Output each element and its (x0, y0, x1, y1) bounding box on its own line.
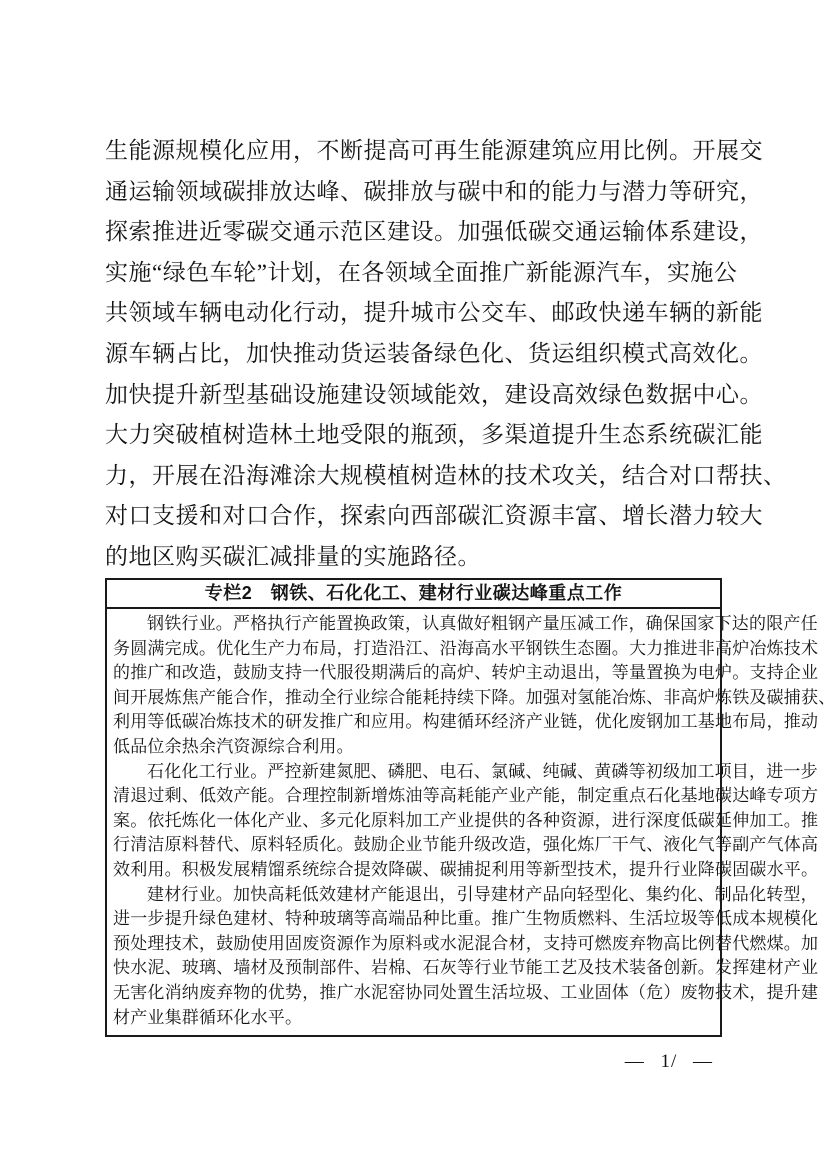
text-line: 间开展炼焦产能合作，推动全行业综合能耗持续下降。加强对氢能冶炼、非高炉炼铁及碳捕… (113, 686, 714, 711)
body-paragraph: 生能源规模化应用，不断提高可再生能源建筑应用比例。开展交通运输领域碳排放达峰、碳… (105, 131, 723, 578)
text-line: 低品位余热余汽资源综合利用。 (113, 735, 714, 760)
text-line: 生能源规模化应用，不断提高可再生能源建筑应用比例。开展交 (105, 131, 723, 172)
document-page: 生能源规模化应用，不断提高可再生能源建筑应用比例。开展交通运输领域碳排放达峰、碳… (0, 0, 826, 1169)
column-box-title: 专栏2 钢铁、石化化工、建材行业碳达峰重点工作 (107, 580, 720, 609)
text-line: 石化化工行业。严控新建氮肥、磷肥、电石、氯碱、纯碱、黄磷等初级加工项目，进一步 (113, 760, 714, 785)
page-number: — 1/ — (625, 1051, 713, 1073)
text-line: 对口支援和对口合作，探索向西部碳汇资源丰富、增长潜力较大 (105, 496, 723, 537)
paragraph-steel-industry: 钢铁行业。严格执行产能置换政策，认真做好粗钢产量压减工作，确保国家下达的限产任务… (113, 612, 714, 760)
text-line: 实施“绿色车轮”计划，在各领域全面推广新能源汽车，实施公 (105, 253, 723, 294)
paragraph-building-materials-industry: 建材行业。加快高耗低效建材产能退出，引导建材产品向轻型化、集约化、制品化转型，进… (113, 883, 714, 1031)
paragraph-petrochemical-industry: 石化化工行业。严控新建氮肥、磷肥、电石、氯碱、纯碱、黄磷等初级加工项目，进一步清… (113, 760, 714, 883)
text-line: 源车辆占比，加快推动货运装备绿色化、货运组织模式高效化。 (105, 334, 723, 375)
text-line: 材产业集群循环化水平。 (113, 1006, 714, 1031)
text-line: 力，开展在沿海滩涂大规模植树造林的技术攻关，结合对口帮扶、 (105, 456, 723, 497)
text-line: 大力突破植树造林土地受限的瓶颈，多渠道提升生态系统碳汇能 (105, 415, 723, 456)
text-line: 行清洁原料替代、原料轻质化。鼓励企业节能升级改造，强化炼厂干气、液化气等副产气体… (113, 833, 714, 858)
text-line: 进一步提升绿色建材、特种玻璃等高端品种比重。推广生物质燃料、生活垃圾等低成本规模… (113, 907, 714, 932)
text-line: 案。依托炼化一体化产业、多元化原料加工产业提供的各种资源，进行深度低碳延伸加工。… (113, 809, 714, 834)
column-box-body: 钢铁行业。严格执行产能置换政策，认真做好粗钢产量压减工作，确保国家下达的限产任务… (107, 609, 720, 1035)
text-line: 钢铁行业。严格执行产能置换政策，认真做好粗钢产量压减工作，确保国家下达的限产任 (113, 612, 714, 637)
text-line: 效利用。积极发展精馏系统综合提效降碳、碳捕捉利用等新型技术，提升行业降碳固碳水平… (113, 858, 714, 883)
text-line: 清退过剩、低效产能。合理控制新增炼油等高耗能产业产能，制定重点石化基地碳达峰专项… (113, 784, 714, 809)
text-line: 利用等低碳冶炼技术的研发推广和应用。构建循环经济产业链，优化废钢加工基地布局，推… (113, 710, 714, 735)
text-line: 探索推进近零碳交通示范区建设。加强低碳交通运输体系建设， (105, 212, 723, 253)
text-line: 无害化消纳废弃物的优势，推广水泥窑协同处置生活垃圾、工业固体（危）废物技术，提升… (113, 981, 714, 1006)
text-line: 快水泥、玻璃、墙材及预制部件、岩棉、石灰等行业节能工艺及技术装备创新。发挥建材产… (113, 956, 714, 981)
text-line: 加快提升新型基础设施建设领域能效，建设高效绿色数据中心。 (105, 375, 723, 416)
text-line: 共领域车辆电动化行动，提升城市公交车、邮政快递车辆的新能 (105, 293, 723, 334)
text-line: 建材行业。加快高耗低效建材产能退出，引导建材产品向轻型化、集约化、制品化转型， (113, 883, 714, 908)
text-line: 的地区购买碳汇减排量的实施路径。 (105, 537, 723, 578)
text-line: 务圆满完成。优化生产力布局，打造沿江、沿海高水平钢铁生态圈。大力推进非高炉冶炼技… (113, 637, 714, 662)
text-line: 通运输领域碳排放达峰、碳排放与碳中和的能力与潜力等研究， (105, 172, 723, 213)
column-box: 专栏2 钢铁、石化化工、建材行业碳达峰重点工作 钢铁行业。严格执行产能置换政策，… (105, 578, 722, 1037)
text-line: 预处理技术，鼓励使用固废资源作为原料或水泥混合材，支持可燃废弃物高比例替代燃煤。… (113, 932, 714, 957)
text-line: 的推广和改造，鼓励支持一代服役期满后的高炉、转炉主动退出，等量置换为电炉。支持企… (113, 661, 714, 686)
